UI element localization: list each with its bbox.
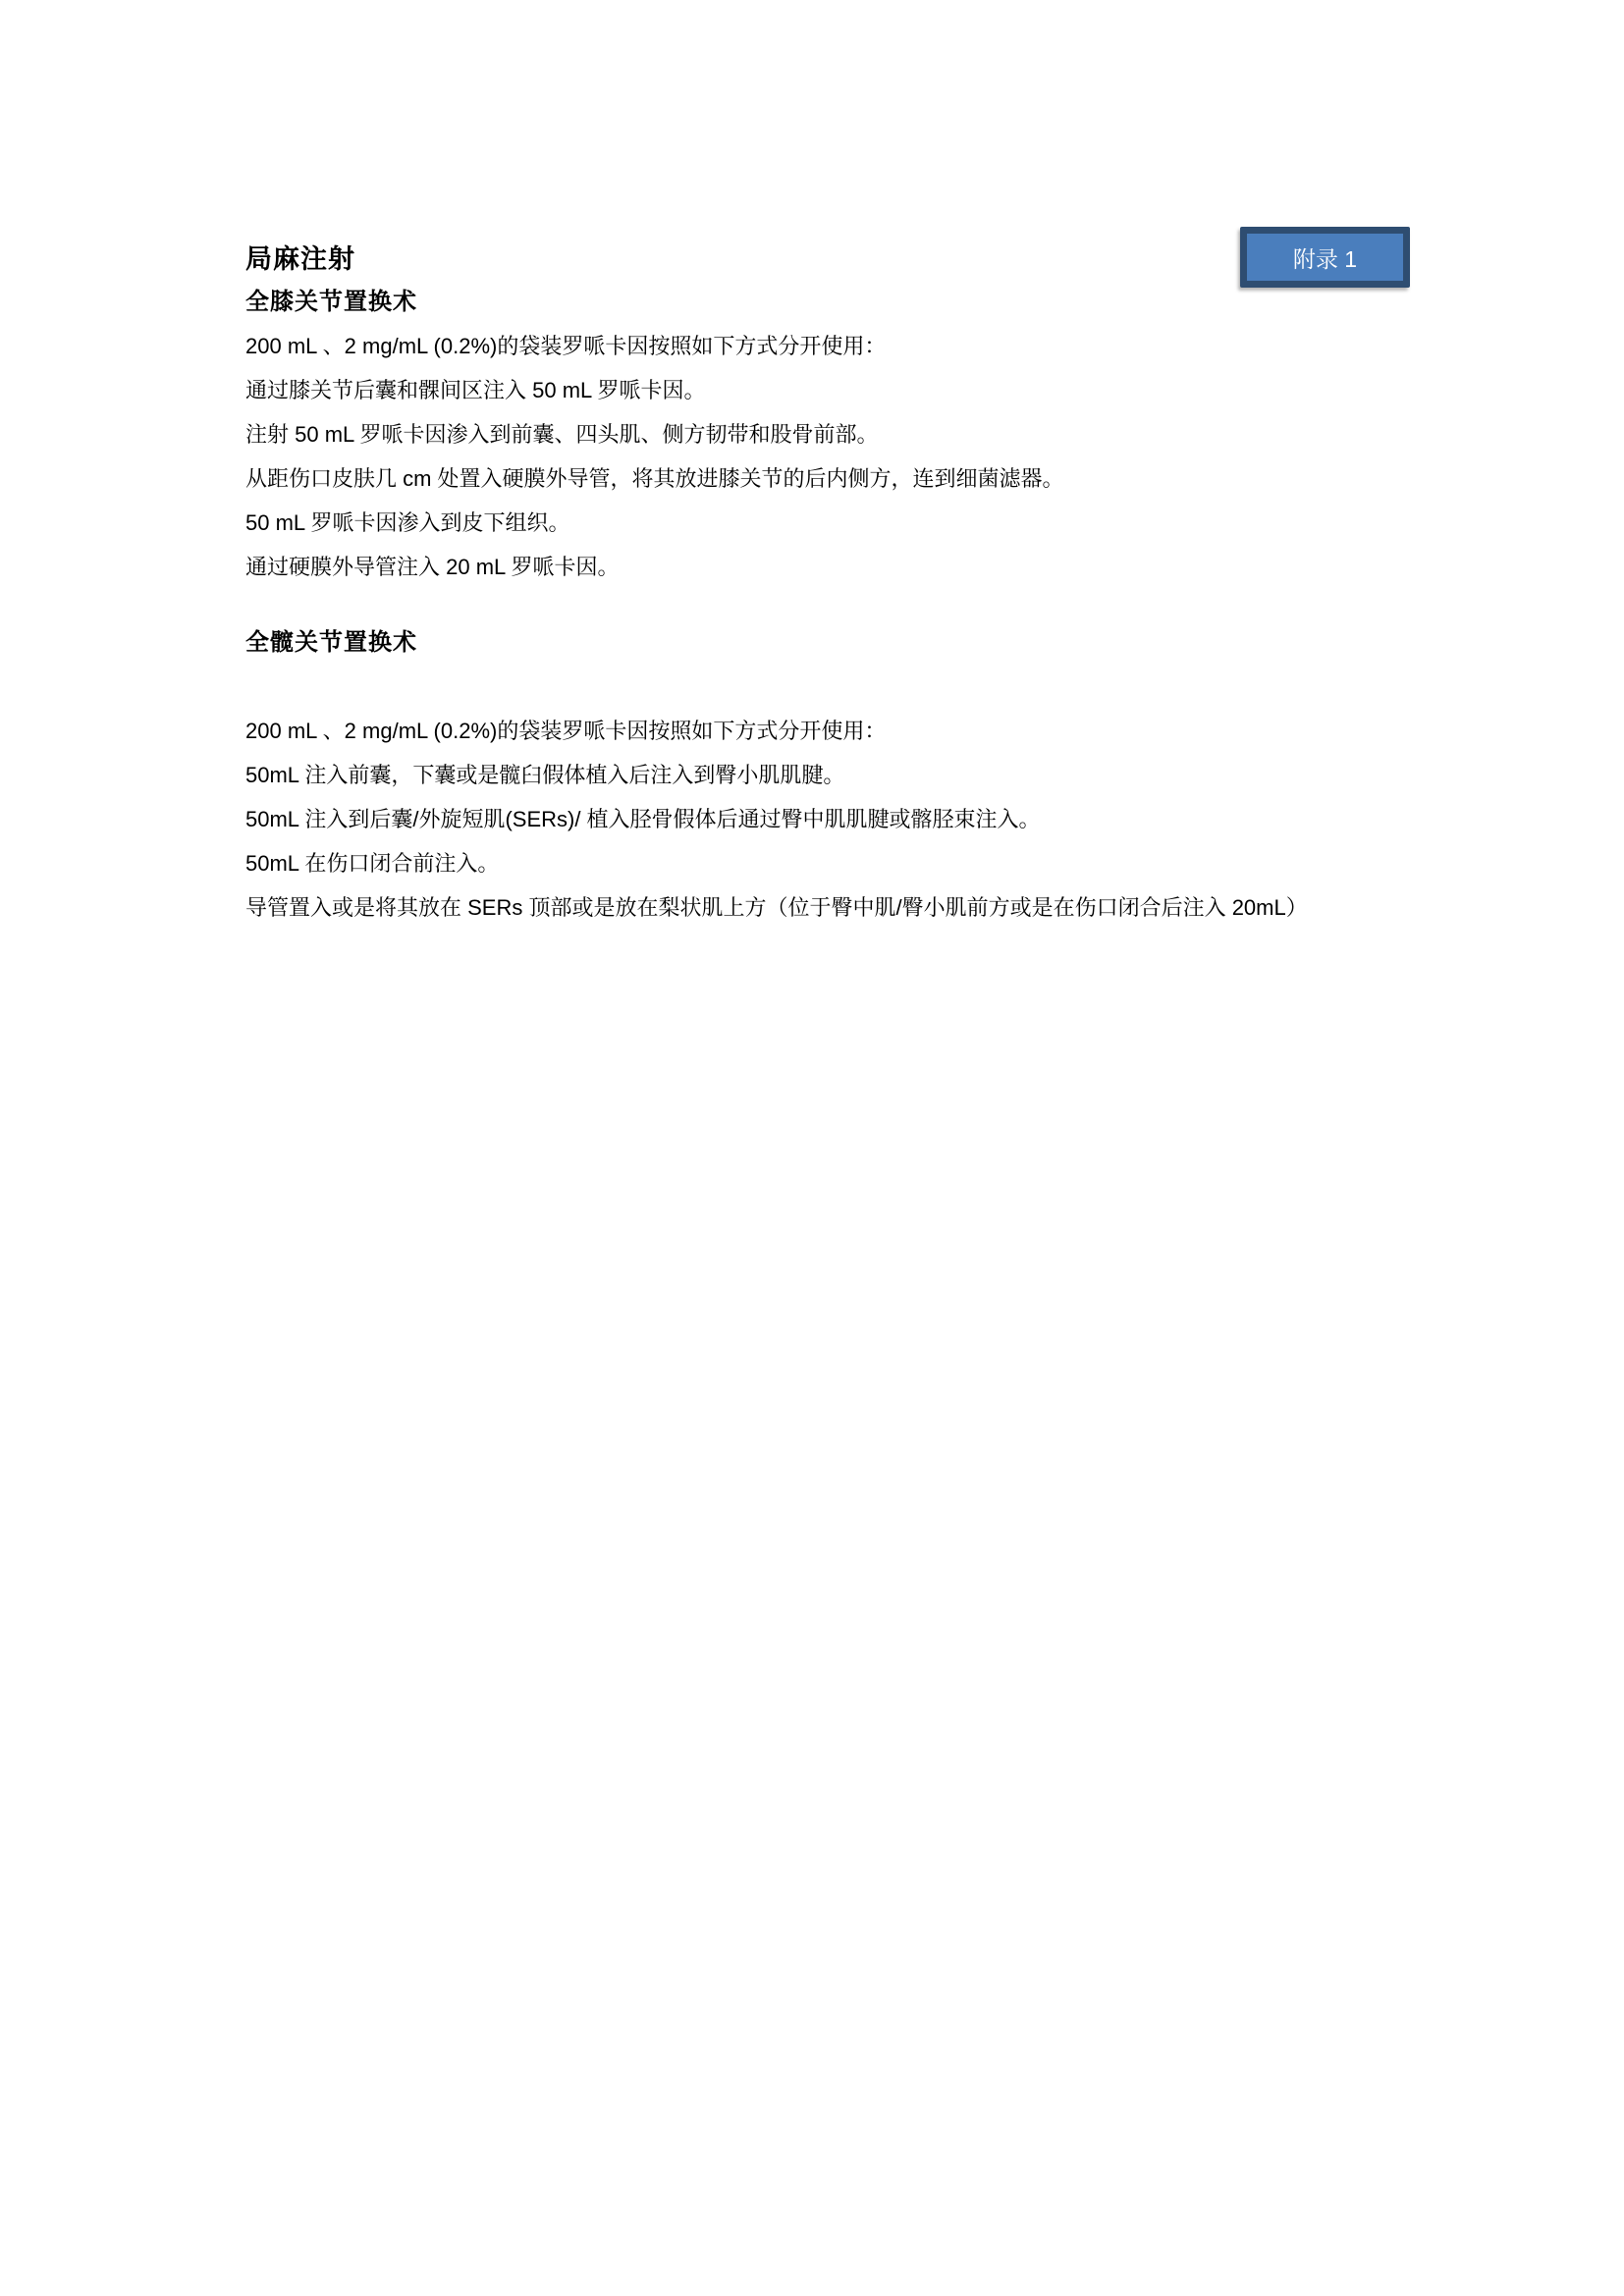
text-line: 200 mL 、2 mg/mL (0.2%)的袋装罗哌卡因按照如下方式分开使用：: [245, 709, 1373, 753]
text-line: 50mL 注入到后囊/外旋短肌(SERs)/ 植入胫骨假体后通过臀中肌肌腱或髂胫…: [245, 797, 1373, 841]
text-line: 注射 50 mL 罗哌卡因渗入到前囊、四头肌、侧方韧带和股骨前部。: [245, 412, 1373, 456]
section-body-total-hip: 200 mL 、2 mg/mL (0.2%)的袋装罗哌卡因按照如下方式分开使用：…: [245, 709, 1373, 930]
text-line: 200 mL 、2 mg/mL (0.2%)的袋装罗哌卡因按照如下方式分开使用：: [245, 324, 1373, 368]
text-line: 50mL 在伤口闭合前注入。: [245, 841, 1373, 885]
text-line: 50mL 注入前囊，下囊或是髋臼假体植入后注入到臀小肌肌腱。: [245, 753, 1373, 797]
section-heading-total-knee: 全膝关节置换术: [245, 281, 1373, 324]
document-page: 附录 1 局麻注射 全膝关节置换术 200 mL 、2 mg/mL (0.2%)…: [0, 0, 1624, 2296]
section-total-hip: 全髋关节置换术 200 mL 、2 mg/mL (0.2%)的袋装罗哌卡因按照如…: [245, 621, 1373, 930]
text-line: 从距伤口皮肤几 cm 处置入硬膜外导管，将其放进膝关节的后内侧方，连到细菌滤器。: [245, 456, 1373, 501]
document-content: 局麻注射 全膝关节置换术 200 mL 、2 mg/mL (0.2%)的袋装罗哌…: [245, 238, 1373, 930]
section-heading-total-hip: 全髋关节置换术: [245, 621, 1373, 665]
text-line: 导管置入或是将其放在 SERs 顶部或是放在梨状肌上方（位于臀中肌/臀小肌前方或…: [245, 885, 1373, 930]
section-body-total-knee: 200 mL 、2 mg/mL (0.2%)的袋装罗哌卡因按照如下方式分开使用：…: [245, 324, 1373, 589]
section-total-knee: 全膝关节置换术 200 mL 、2 mg/mL (0.2%)的袋装罗哌卡因按照如…: [245, 281, 1373, 589]
text-line: 通过硬膜外导管注入 20 mL 罗哌卡因。: [245, 545, 1373, 589]
text-line: 通过膝关节后囊和髁间区注入 50 mL 罗哌卡因。: [245, 368, 1373, 412]
text-line: 50 mL 罗哌卡因渗入到皮下组织。: [245, 501, 1373, 545]
page-title: 局麻注射: [245, 238, 1373, 281]
